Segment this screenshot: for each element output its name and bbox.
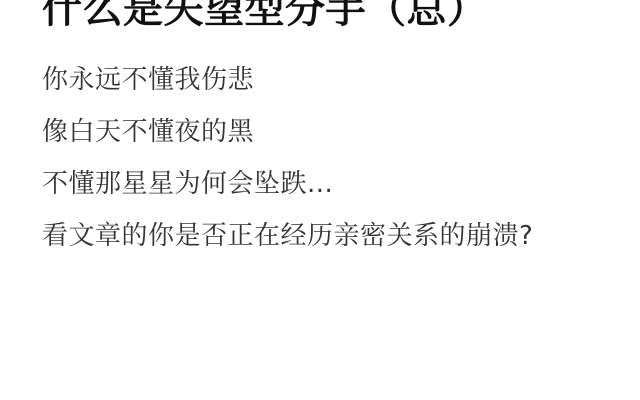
article-paragraph-3: 不懂那星星为何会坠跌... [42, 169, 640, 199]
article-paragraph-4: 看文章的你是否正在经历亲密关系的崩溃? [42, 221, 640, 251]
article-paragraph-2: 像白天不懂夜的黑 [42, 117, 640, 147]
article-title: 什么是失望型分手（总） [42, 0, 640, 31]
article-page: 什么是失望型分手（总） 你永远不懂我伤悲 像白天不懂夜的黑 不懂那星星为何会坠跌… [0, 0, 640, 400]
article-paragraph-1: 你永远不懂我伤悲 [42, 65, 640, 95]
